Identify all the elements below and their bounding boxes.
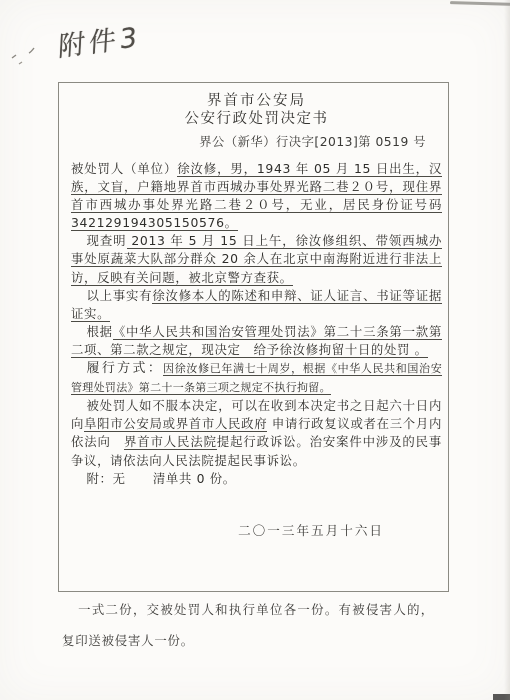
document-title: 公安行政处罚决定书 xyxy=(71,110,442,128)
court-name-filled-field: 界首市人民法院 xyxy=(124,434,217,450)
document-number: 界公（新华）行决字[2013]第 0519 号 xyxy=(71,134,442,150)
findings-filled-field: 2013 年 5 月 15 日上午，徐汝修组织、带领西城办事处原蔬菜大队部分群众… xyxy=(71,233,442,285)
paragraph-execution-method: 履行方式：因徐汝修已年满七十周岁，根据《中华人民共和国治安管理处罚法》第二十一条… xyxy=(71,359,442,397)
attachment-count: 清单共 0 份。 xyxy=(153,471,236,486)
scan-edge-artifact-top xyxy=(450,1,510,6)
legal-basis-label: 根据 xyxy=(87,324,113,339)
paragraph-legal-basis: 根据《中华人民共和国治安管理处罚法》第二十三条第一款第二项、第二款之规定，现决定… xyxy=(71,323,442,359)
attachment-line: 附：无清单共 0 份。 xyxy=(71,470,442,488)
handwritten-note: 附件3 xyxy=(57,15,142,65)
distribution-note: 一式二份，交被处罚人和执行单位各一份。有被侵害人的，复印送被侵害人一份。 xyxy=(62,594,434,656)
stray-pen-mark xyxy=(6,44,40,66)
paragraph-findings: 现查明 2013 年 5 月 15 日上午，徐汝修组织、带领西城办事处原蔬菜大队… xyxy=(71,232,442,286)
paragraph-appeal-rights: 被处罚人如不服本决定，可以在收到本决定书之日起六十日内向阜阳市公安局或界首市人民… xyxy=(71,397,442,469)
scan-edge-shading xyxy=(504,0,510,700)
findings-label: 现查明 xyxy=(87,233,127,248)
execution-method-label: 履行方式： xyxy=(87,361,164,376)
issue-date: 二〇一三年五月十六日 xyxy=(71,522,442,540)
review-authority-filled-field: 阜阳市公安局或界首市人民政府 xyxy=(84,416,267,432)
agency-name: 界首市公安局 xyxy=(71,93,442,110)
document-body: 被处罚人（单位）徐汝修，男，1943 年 05 月 15 日出生，汉族，文盲，户… xyxy=(71,160,442,540)
document-frame: 界首市公安局 公安行政处罚决定书 界公（新华）行决字[2013]第 0519 号… xyxy=(58,82,449,592)
paragraph-evidence: 以上事实有徐汝修本人的陈述和申辩、证人证言、书证等证据证实。 xyxy=(71,287,442,323)
legal-basis-filled-field: 《中华人民共和国治安管理处罚法》第二十三条第一款第二项、第二款之规定，现决定 给… xyxy=(71,324,442,358)
person-info-label: 被处罚人（单位） xyxy=(71,161,177,176)
attachment-label: 附：无 xyxy=(87,471,126,486)
evidence-label: 以上事实有 xyxy=(87,288,153,303)
scanned-document-page: 附件3 界首市公安局 公安行政处罚决定书 界公（新华）行决字[2013]第 05… xyxy=(0,0,510,700)
paragraph-person-info: 被处罚人（单位）徐汝修，男，1943 年 05 月 15 日出生，汉族，文盲，户… xyxy=(71,160,442,232)
distribution-note-text: 一式二份，交被处罚人和执行单位各一份。有被侵害人的，复印送被侵害人一份。 xyxy=(62,594,434,656)
